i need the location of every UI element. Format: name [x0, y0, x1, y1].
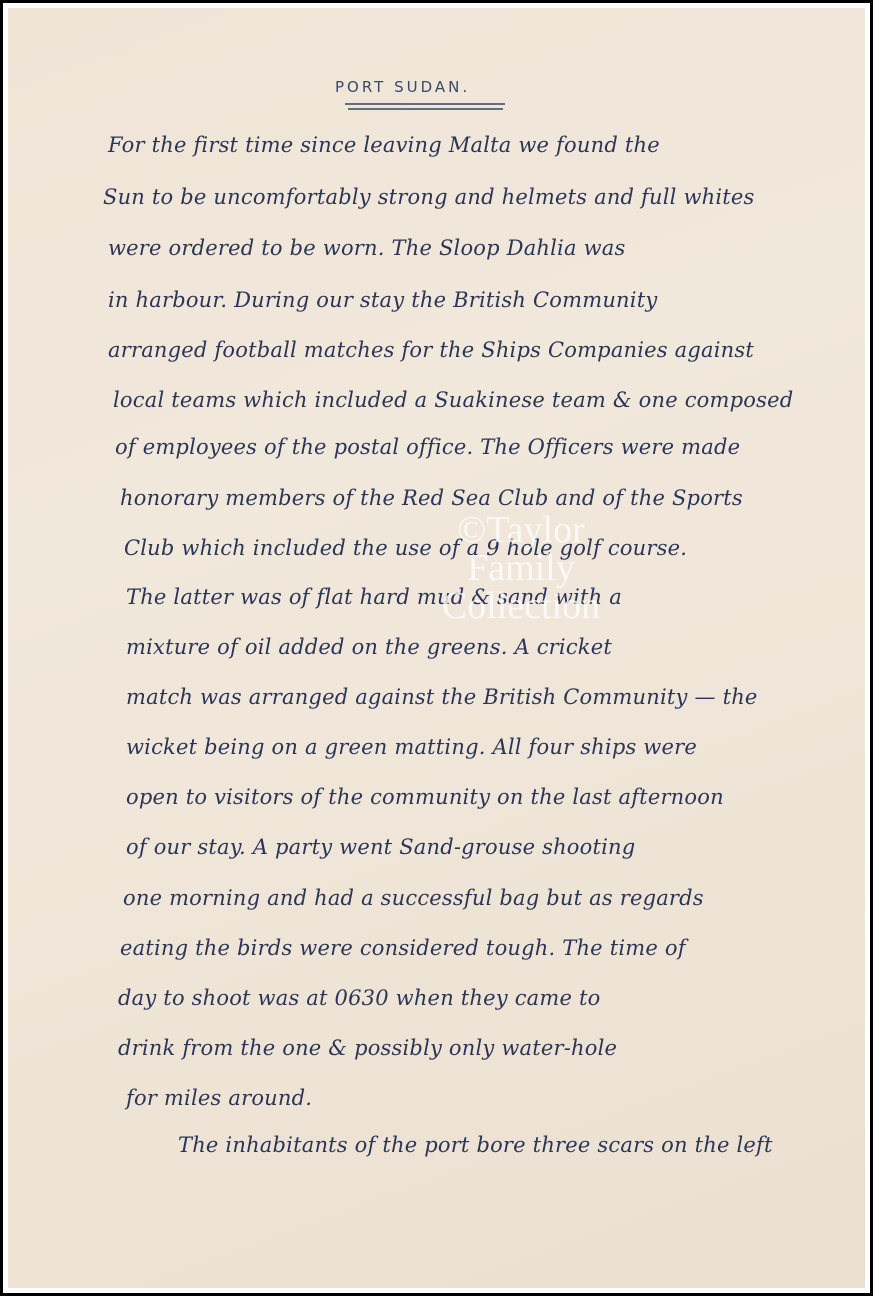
copyright-watermark: ©Taylor Family Collection — [386, 511, 656, 625]
text-line-13: wicket being on a green matting. All fou… — [126, 735, 697, 759]
watermark-line-1: ©Taylor — [386, 511, 656, 549]
text-line-2: Sun to be uncomfortably strong and helme… — [103, 185, 755, 209]
text-line-8: honorary members of the Red Sea Club and… — [120, 486, 743, 510]
text-line-18: day to shoot was at 0630 when they came … — [118, 986, 601, 1010]
manuscript-page: PORT SUDAN. For the first time since lea… — [8, 8, 865, 1288]
text-line-20: for miles around. — [126, 1086, 312, 1110]
text-line-11: mixture of oil added on the greens. A cr… — [126, 635, 612, 659]
text-line-7: of employees of the postal office. The O… — [115, 435, 740, 459]
text-line-5: arranged football matches for the Ships … — [108, 338, 754, 362]
text-line-19: drink from the one & possibly only water… — [118, 1036, 617, 1060]
text-line-15: of our stay. A party went Sand-grouse sh… — [126, 835, 635, 859]
page-title: PORT SUDAN. — [335, 78, 470, 96]
title-underline-second — [348, 108, 503, 110]
text-line-21: The inhabitants of the port bore three s… — [178, 1133, 773, 1157]
watermark-line-2: Family — [386, 549, 656, 587]
outer-frame: PORT SUDAN. For the first time since lea… — [3, 3, 870, 1293]
text-line-3: were ordered to be worn. The Sloop Dahli… — [108, 236, 625, 260]
text-line-16: one morning and had a successful bag but… — [123, 886, 704, 910]
text-line-17: eating the birds were considered tough. … — [120, 936, 686, 960]
watermark-line-3: Collection — [386, 587, 656, 625]
text-line-14: open to visitors of the community on the… — [126, 785, 724, 809]
text-line-4: in harbour. During our stay the British … — [108, 288, 657, 312]
text-line-1: For the first time since leaving Malta w… — [108, 133, 660, 157]
text-line-6: local teams which included a Suakinese t… — [113, 388, 793, 412]
title-underline — [345, 103, 505, 105]
text-line-12: match was arranged against the British C… — [126, 685, 758, 709]
